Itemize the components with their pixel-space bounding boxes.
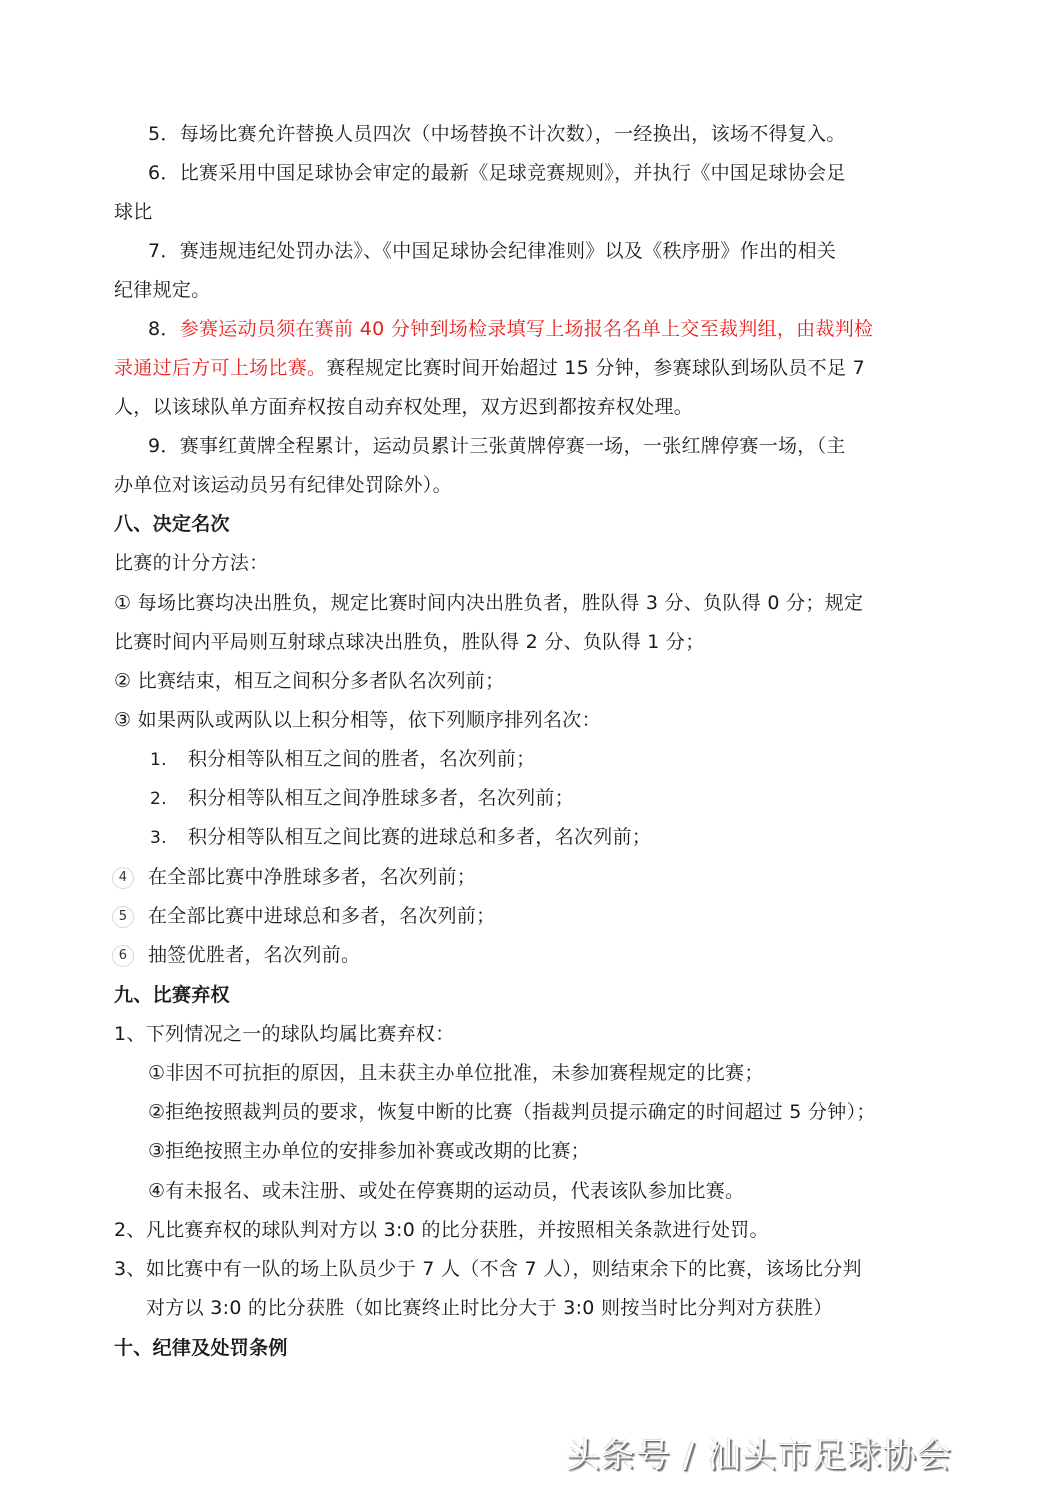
forfeit-sub-3: ③拒绝按照主办单位的安排参加补赛或改期的比赛；	[148, 1138, 590, 1164]
watermark: 头条号 / 汕头市足球协会	[566, 1436, 952, 1476]
ranking-rule-text: 在全部比赛中进球总和多者，名次列前；	[148, 905, 495, 927]
forfeit-sub-1: ①非因不可抗拒的原因，且未获主办单位批准，未参加赛程规定的比赛；	[148, 1060, 764, 1086]
rule-item-7-line2: 纪律规定。	[114, 277, 211, 303]
tiebreak-text: 积分相等队相互之间的胜者，名次列前；	[188, 748, 535, 770]
forfeit-sub-2: ②拒绝按照裁判员的要求，恢复中断的比赛（指裁判员提示确定的时间超过 5 分钟）；	[148, 1099, 876, 1125]
rule-item-5: 5．每场比赛允许替换人员四次（中场替换不计次数），一经换出，该场不得复入。	[148, 121, 846, 147]
tiebreak-number: 1.	[150, 747, 188, 773]
rule-item-7-line1: 7．赛违规违纪处罚办法》、《中国足球协会纪律准则》以及《秩序册》作出的相关	[148, 238, 836, 264]
tiebreak-text: 积分相等队相互之间比赛的进球总和多者，名次列前；	[188, 826, 651, 848]
rule-item-9-line2: 办单位对该运动员另有纪律处罚除外）。	[114, 472, 452, 498]
ranking-rule-4: 4在全部比赛中净胜球多者，名次列前；	[112, 864, 476, 890]
scoring-rule-3: ③ 如果两队或两队以上积分相等，依下列顺序排列名次：	[114, 707, 601, 733]
rule-item-8-line2: 录通过后方可上场比赛。赛程规定比赛时间开始超过 15 分钟，参赛球队到场队员不足…	[114, 355, 865, 381]
ranking-rule-5: 5在全部比赛中进球总和多者，名次列前；	[112, 903, 495, 929]
scoring-rule-1-line1: ① 每场比赛均决出胜负，规定比赛时间内决出胜负者，胜队得 3 分、负队得 0 分…	[114, 590, 863, 616]
scoring-rule-1-line2: 比赛时间内平局则互射球点球决出胜负，胜队得 2 分、负队得 1 分；	[114, 629, 705, 655]
section-heading-discipline: 十、纪律及处罚条例	[114, 1335, 288, 1361]
scoring-intro: 比赛的计分方法：	[114, 550, 268, 576]
circled-number-4: 4	[112, 867, 134, 889]
tiebreak-item-1: 1.积分相等队相互之间的胜者，名次列前；	[150, 746, 535, 773]
tiebreak-number: 2.	[150, 786, 188, 812]
tiebreak-item-2: 2.积分相等队相互之间净胜球多者，名次列前；	[150, 785, 574, 812]
rule-item-6-line2: 球比	[114, 199, 153, 225]
rule-item-8-line1: 8．参赛运动员须在赛前 40 分钟到场检录填写上场报名名单上交至裁判组，由裁判检	[148, 316, 873, 342]
forfeit-item-1: 1、下列情况之一的球队均属比赛弃权：	[114, 1021, 455, 1047]
ranking-rule-text: 抽签优胜者，名次列前。	[148, 944, 360, 966]
tiebreak-item-3: 3.积分相等队相互之间比赛的进球总和多者，名次列前；	[150, 824, 651, 851]
ranking-rule-text: 在全部比赛中净胜球多者，名次列前；	[148, 866, 476, 888]
rule-item-8-number: 8．	[148, 318, 180, 340]
forfeit-item-3-line2: 对方以 3:0 的比分获胜（如比赛终止时比分大于 3:0 则按当时比分判对方获胜…	[146, 1295, 833, 1321]
forfeit-sub-4: ④有未报名、或未注册、或处在停赛期的运动员，代表该队参加比赛。	[148, 1178, 744, 1204]
document-page: 5．每场比赛允许替换人员四次（中场替换不计次数），一经换出，该场不得复入。 6．…	[0, 0, 1060, 1500]
rule-item-8-highlight-2: 录通过后方可上场比赛。	[114, 357, 326, 379]
section-heading-ranking: 八、决定名次	[114, 511, 230, 537]
scoring-rule-2: ② 比赛结束，相互之间积分多者队名次列前；	[114, 668, 504, 694]
forfeit-item-2: 2、凡比赛弃权的球队判对方以 3:0 的比分获胜，并按照相关条款进行处罚。	[114, 1217, 769, 1243]
section-heading-forfeit: 九、比赛弃权	[114, 982, 230, 1008]
rule-item-9-line1: 9．赛事红黄牌全程累计，运动员累计三张黄牌停赛一场，一张红牌停赛一场，（主	[148, 433, 846, 459]
rule-item-8-highlight-1: 参赛运动员须在赛前 40 分钟到场检录填写上场报名名单上交至裁判组，由裁判检	[180, 318, 874, 340]
circled-number-6: 6	[112, 945, 134, 967]
rule-item-8-line3: 人，以该球队单方面弃权按自动弃权处理，双方迟到都按弃权处理。	[114, 394, 693, 420]
circled-number-5: 5	[112, 906, 134, 928]
rule-item-8-text: 赛程规定比赛时间开始超过 15 分钟，参赛球队到场队员不足 7	[326, 357, 865, 379]
forfeit-item-3-line1: 3、如比赛中有一队的场上队员少于 7 人（不含 7 人），则结束余下的比赛，该场…	[114, 1256, 862, 1282]
tiebreak-text: 积分相等队相互之间净胜球多者，名次列前；	[188, 787, 574, 809]
ranking-rule-6: 6抽签优胜者，名次列前。	[112, 942, 360, 968]
rule-item-6-line1: 6．比赛采用中国足球协会审定的最新《足球竞赛规则》，并执行《中国足球协会足	[148, 160, 846, 186]
tiebreak-number: 3.	[150, 825, 188, 851]
